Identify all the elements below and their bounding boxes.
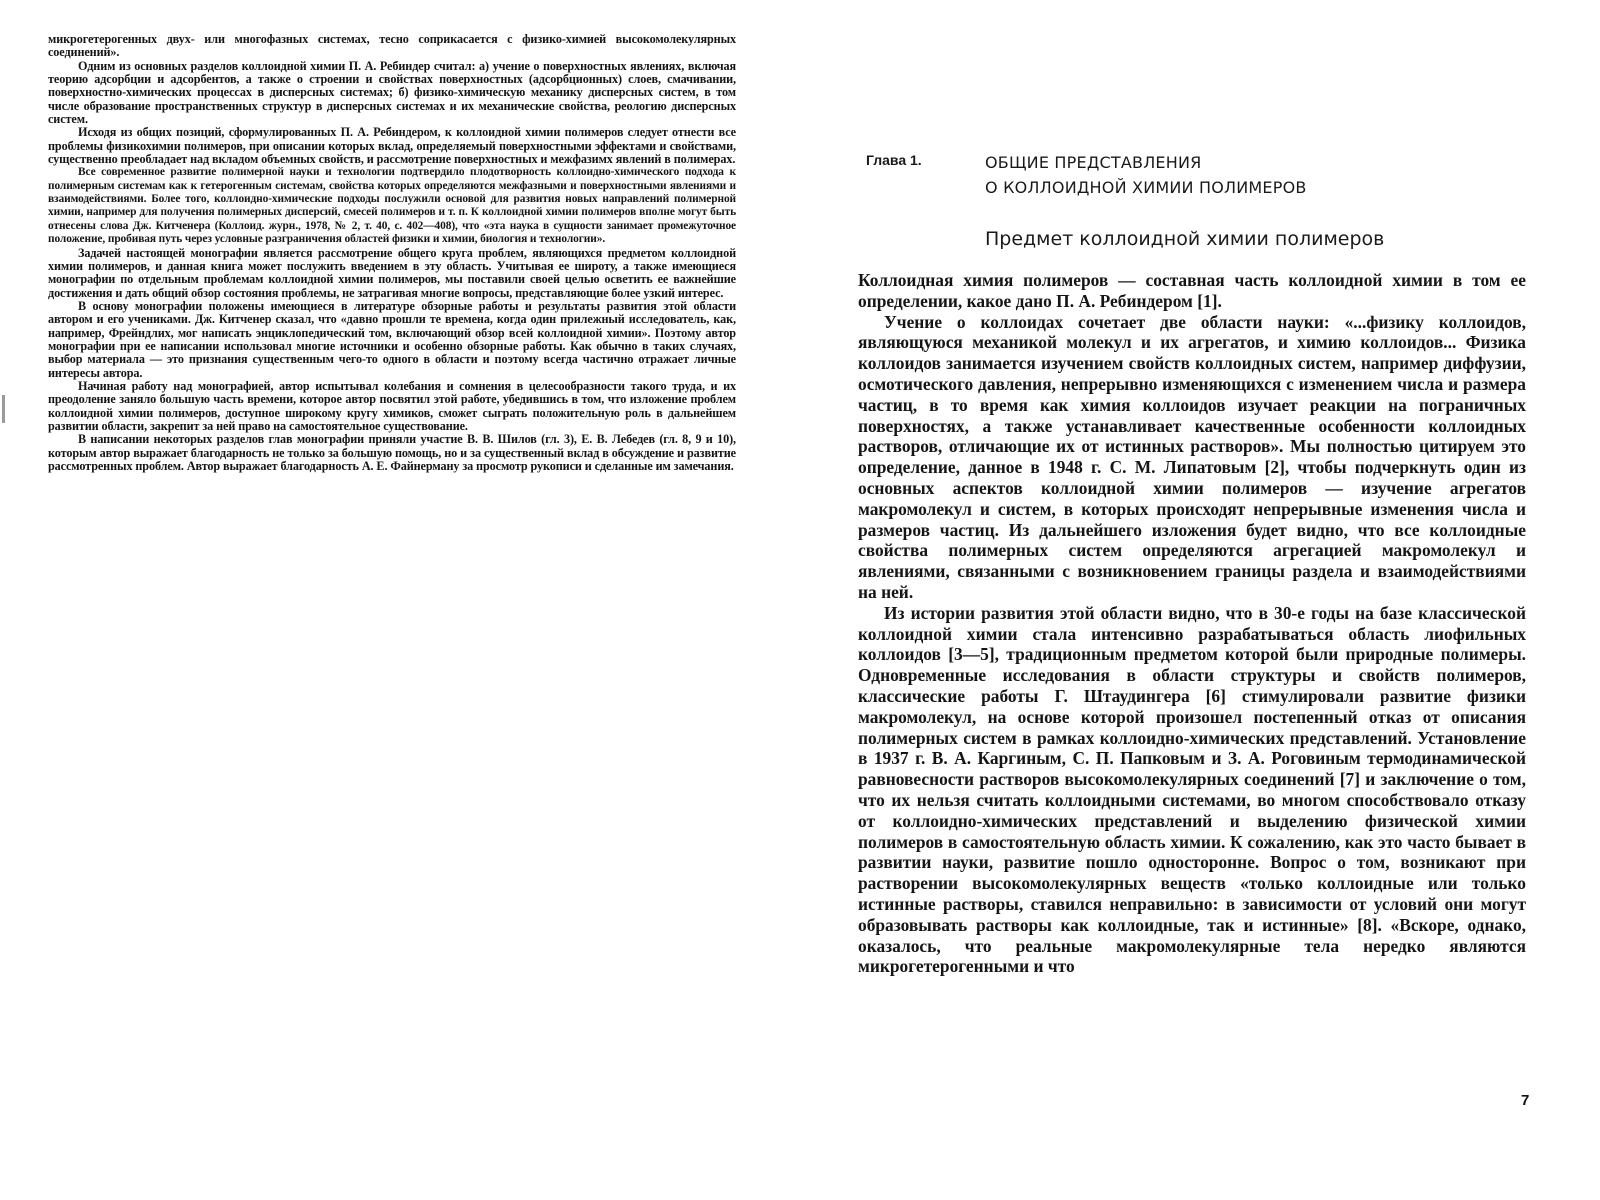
page-number: 7 <box>1521 1092 1529 1109</box>
section-title: Предмет коллоидной химии полимеров <box>985 228 1384 250</box>
paragraph: Исходя из общих позиций, сформулированны… <box>48 126 736 166</box>
paragraph: Начиная работу над монографией, автор ис… <box>48 380 736 433</box>
paragraph: Все современное развитие полимерной наук… <box>48 166 736 246</box>
chapter-title-line: О КОЛЛОИДНОЙ ХИМИИ ПОЛИМЕРОВ <box>985 175 1307 200</box>
right-page-body: Коллоидная химия полимеров — составная ч… <box>858 270 1526 977</box>
paragraph: В основу монографии положены имеющиеся в… <box>48 300 736 380</box>
left-page: микрогетерогенных двух- или многофазных … <box>0 0 800 1200</box>
paragraph: Из истории развития этой области видно, … <box>858 603 1526 977</box>
chapter-title: ОБЩИЕ ПРЕДСТАВЛЕНИЯ О КОЛЛОИДНОЙ ХИМИИ П… <box>985 150 1307 200</box>
paragraph: В написании некоторых разделов глав моно… <box>48 433 736 473</box>
chapter-title-line: ОБЩИЕ ПРЕДСТАВЛЕНИЯ <box>985 150 1307 175</box>
paragraph: Учение о коллоидах сочетает две области … <box>858 312 1526 603</box>
paragraph: Одним из основных разделов коллоидной хи… <box>48 60 736 127</box>
left-page-body: микрогетерогенных двух- или многофазных … <box>48 33 736 473</box>
paragraph: Коллоидная химия полимеров — составная ч… <box>858 270 1526 312</box>
scan-margin-mark <box>2 395 5 423</box>
paragraph: Задачей настоящей монографии является ра… <box>48 247 736 300</box>
chapter-label: Глава 1. <box>866 152 922 168</box>
paragraph: микрогетерогенных двух- или многофазных … <box>48 33 736 60</box>
